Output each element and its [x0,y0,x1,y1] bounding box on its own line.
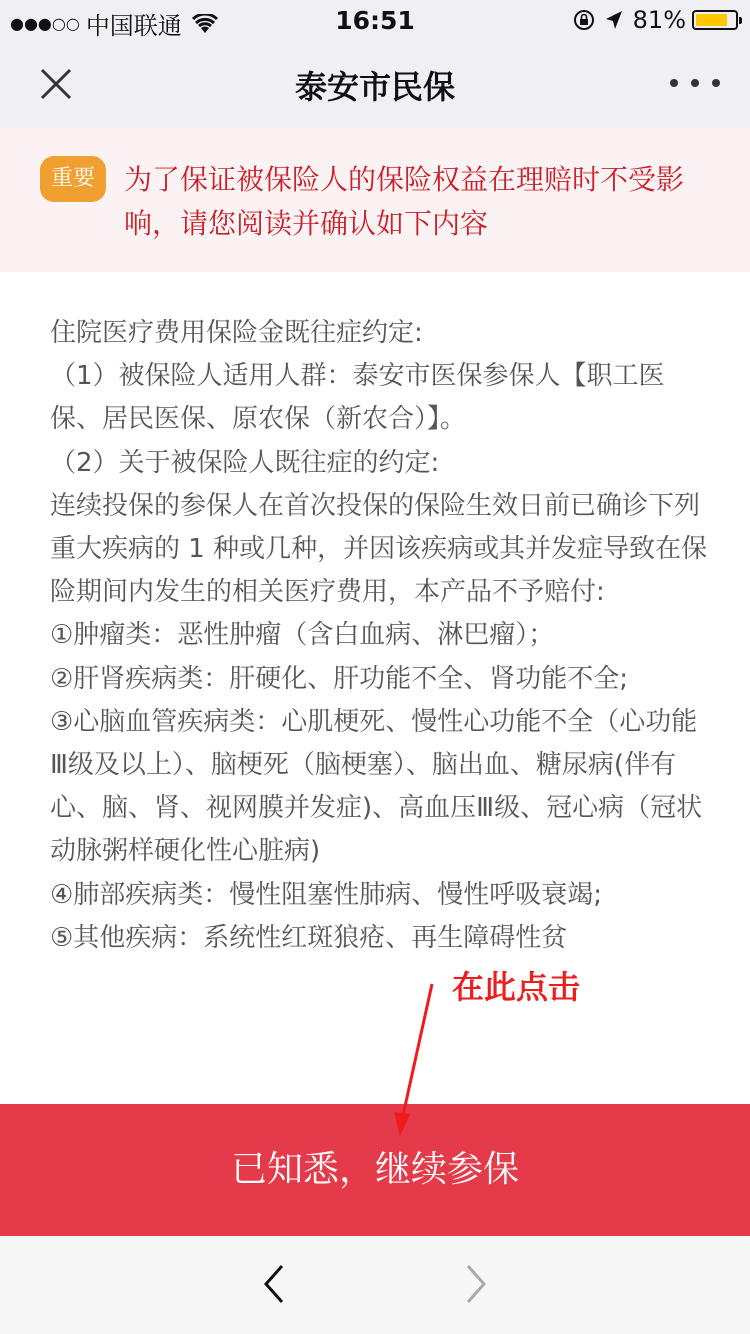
more-dot [670,79,678,87]
more-icon[interactable] [670,68,720,98]
rotation-lock-icon [573,9,595,31]
status-right: 81% [573,6,738,34]
terms-item: ⑤其他疾病：系统性红斑狼疮、再生障碍性贫 [50,917,710,960]
terms-paragraph: （1）被保险人适用人群：泰安市医保参保人【职工医保、居民医保、原农保（新农合）】… [50,355,710,441]
click-here-annotation: 在此点击 [452,962,580,1008]
terms-paragraph: 连续投保的参保人在首次投保的保险生效日前已确诊下列重大疾病的 1 种或几种，并因… [50,485,710,615]
important-badge: 重要 [40,156,106,202]
terms-content: 住院医疗费用保险金既往症约定: （1）被保险人适用人群：泰安市医保参保人【职工医… [50,312,710,960]
more-dot [691,79,699,87]
terms-item: ③心脑血管疾病类：心肌梗死、慢性心功能不全（心功能Ⅲ级及以上）、脑梗死（脑梗塞）… [50,701,710,874]
terms-item: ②肝肾疾病类：肝硬化、肝功能不全、肾功能不全; [50,658,710,701]
chevron-right-icon[interactable] [460,1262,492,1306]
annotation-arrow-icon [380,980,440,1140]
chevron-left-icon[interactable] [258,1262,290,1306]
terms-heading: 住院医疗费用保险金既往症约定: [50,312,710,355]
page-title: 泰安市民保 [0,62,750,108]
status-bar: ●●●○○ 中国联通 16:51 81% [0,0,750,42]
terms-paragraph: （2）关于被保险人既往症的约定: [50,442,710,485]
continue-enroll-button[interactable]: 已知悉，继续参保 [0,1104,750,1236]
browser-toolbar [0,1236,750,1334]
terms-item: ①肿瘤类：恶性肿瘤（含白血病、淋巴瘤）； [50,614,710,657]
notice-text: 为了保证被保险人的保险权益在理赔时不受影响，请您阅读并确认如下内容 [124,158,734,246]
terms-item: ④肺部疾病类：慢性阻塞性肺病、慢性呼吸衰竭; [50,874,710,917]
nav-bar: 泰安市民保 [0,42,750,128]
location-arrow-icon [605,10,623,30]
battery-percent: 81% [633,6,686,34]
more-dot [712,79,720,87]
important-notice: 重要 为了保证被保险人的保险权益在理赔时不受影响，请您阅读并确认如下内容 [0,128,750,272]
battery-icon [692,10,738,30]
